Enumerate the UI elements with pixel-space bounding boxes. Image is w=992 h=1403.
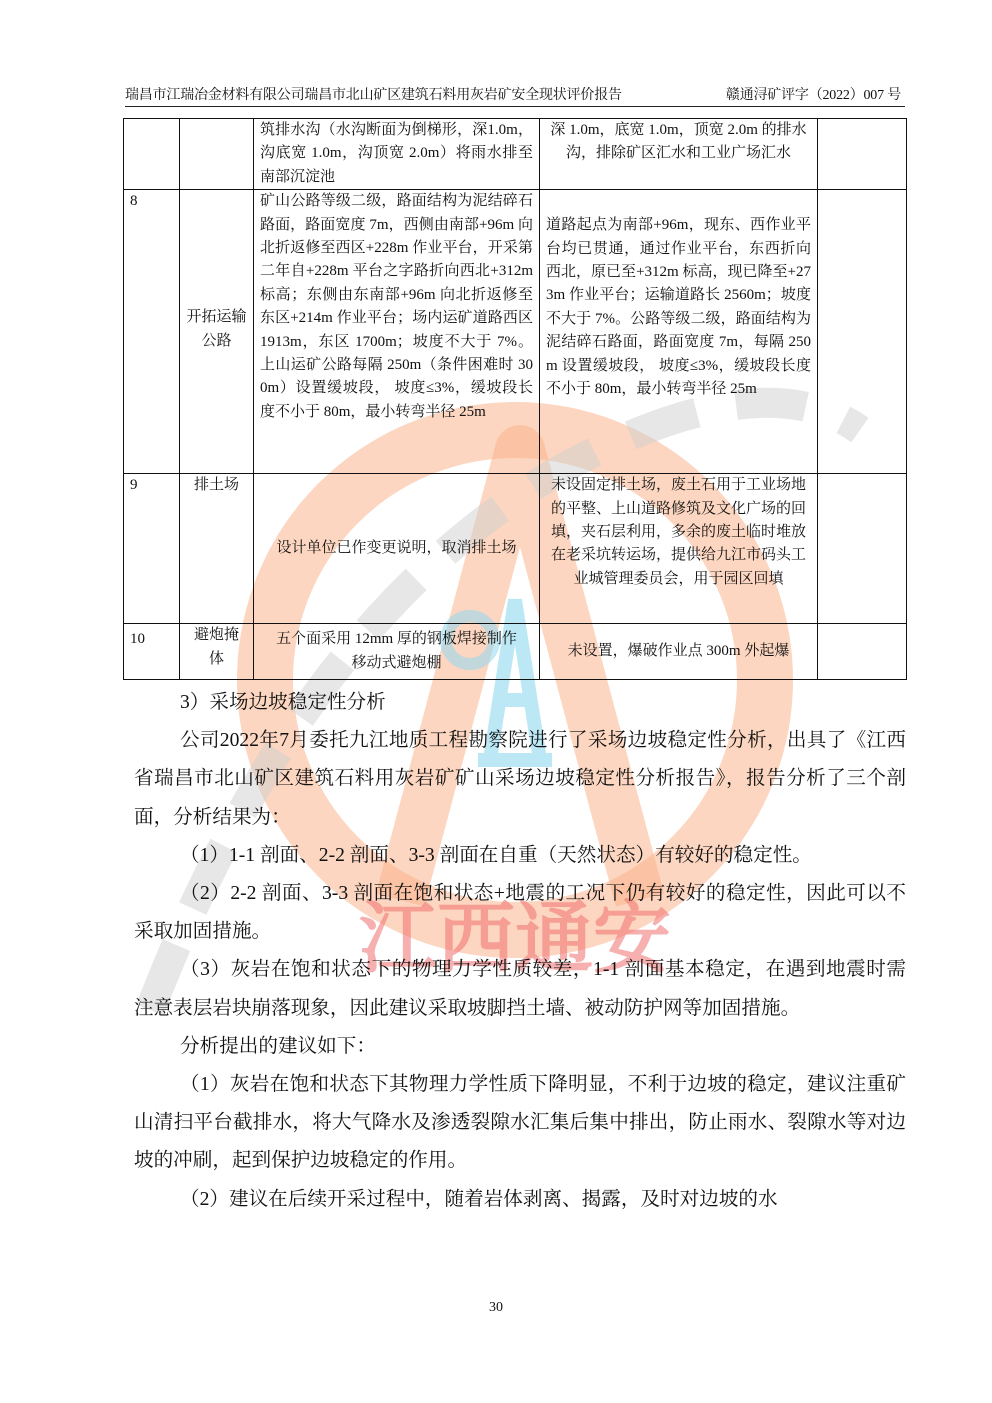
suggestion-item: （1）灰岩在饱和状态下其物理力学性质下降明显，不利于边坡的稳定，建议注重矿山清扫… <box>134 1066 906 1181</box>
row-item <box>180 119 254 190</box>
design-requirement: 筑排水沟（水沟断面为倒梯形，深1.0m，沟底宽 1.0m，沟顶宽 2.0m）将雨… <box>254 119 540 190</box>
table-row: 9 排土场 设计单位已作变更说明，取消排土场 未设固定排土场，废土石用于工业场地… <box>124 474 907 624</box>
report-title: 瑞昌市江瑞冶金材料有限公司瑞昌市北山矿区建筑石料用灰岩矿安全现状评价报告 <box>125 86 622 106</box>
section-body: 3）采场边坡稳定性分析 公司2022年7月委托九江地质工程勘察院进行了采场边坡稳… <box>134 684 906 1219</box>
design-requirement: 五个面采用 12mm 厚的钢板焊接制作移动式避炮棚 <box>254 624 540 680</box>
design-requirement: 矿山公路等级二级，路面结构为泥结碎石路面，路面宽度 7m，西侧由南部+96m 向… <box>254 190 540 474</box>
row-number <box>124 119 180 190</box>
row-note <box>818 624 907 680</box>
page-number: 30 <box>0 1300 992 1316</box>
row-note <box>818 119 907 190</box>
row-number: 9 <box>124 474 180 624</box>
actual-status: 未设置，爆破作业点 300m 外起爆 <box>540 624 818 680</box>
page-header: 瑞昌市江瑞冶金材料有限公司瑞昌市北山矿区建筑石料用灰岩矿安全现状评价报告 赣通浔… <box>125 86 905 107</box>
actual-status: 未设固定排土场，废土石用于工业场地的平整、上山道路修筑及文化广场的回填，夹石层利… <box>540 474 818 624</box>
result-item: （2）2-2 剖面、3-3 剖面在饱和状态+地震的工况下仍有较好的稳定性，因此可… <box>134 875 906 951</box>
row-item: 排土场 <box>180 474 254 624</box>
row-number: 8 <box>124 190 180 474</box>
section-intro: 公司2022年7月委托九江地质工程勘察院进行了采场边坡稳定性分析，出具了《江西省… <box>134 722 906 837</box>
row-note <box>818 190 907 474</box>
comparison-table: 筑排水沟（水沟断面为倒梯形，深1.0m，沟底宽 1.0m，沟顶宽 2.0m）将雨… <box>123 118 907 680</box>
table-row: 筑排水沟（水沟断面为倒梯形，深1.0m，沟底宽 1.0m，沟顶宽 2.0m）将雨… <box>124 119 907 190</box>
actual-status: 道路起点为南部+96m，现东、西作业平台均已贯通，通过作业平台，东西折向西北，原… <box>540 190 818 474</box>
row-note <box>818 474 907 624</box>
actual-status: 深 1.0m，底宽 1.0m，顶宽 2.0m 的排水沟，排除矿区汇水和工业广场汇… <box>540 119 818 190</box>
design-requirement: 设计单位已作变更说明，取消排土场 <box>254 474 540 624</box>
row-number: 10 <box>124 624 180 680</box>
suggestion-item: （2）建议在后续开采过程中，随着岩体剥离、揭露，及时对边坡的水 <box>134 1181 906 1219</box>
result-item: （1）1-1 剖面、2-2 剖面、3-3 剖面在自重（天然状态）有较好的稳定性。 <box>134 837 906 875</box>
table-row: 10 避炮掩体 五个面采用 12mm 厚的钢板焊接制作移动式避炮棚 未设置，爆破… <box>124 624 907 680</box>
table-row: 8 开拓运输公路 矿山公路等级二级，路面结构为泥结碎石路面，路面宽度 7m，西侧… <box>124 190 907 474</box>
section-heading: 3）采场边坡稳定性分析 <box>134 684 906 722</box>
suggestions-intro: 分析提出的建议如下： <box>134 1028 906 1066</box>
row-item: 避炮掩体 <box>180 624 254 680</box>
row-item: 开拓运输公路 <box>180 190 254 474</box>
result-item: （3）灰岩在饱和状态下的物理力学性质较差，1-1 剖面基本稳定，在遇到地震时需注… <box>134 951 906 1027</box>
document-number: 赣通浔矿评字（2022）007 号 <box>726 86 905 106</box>
